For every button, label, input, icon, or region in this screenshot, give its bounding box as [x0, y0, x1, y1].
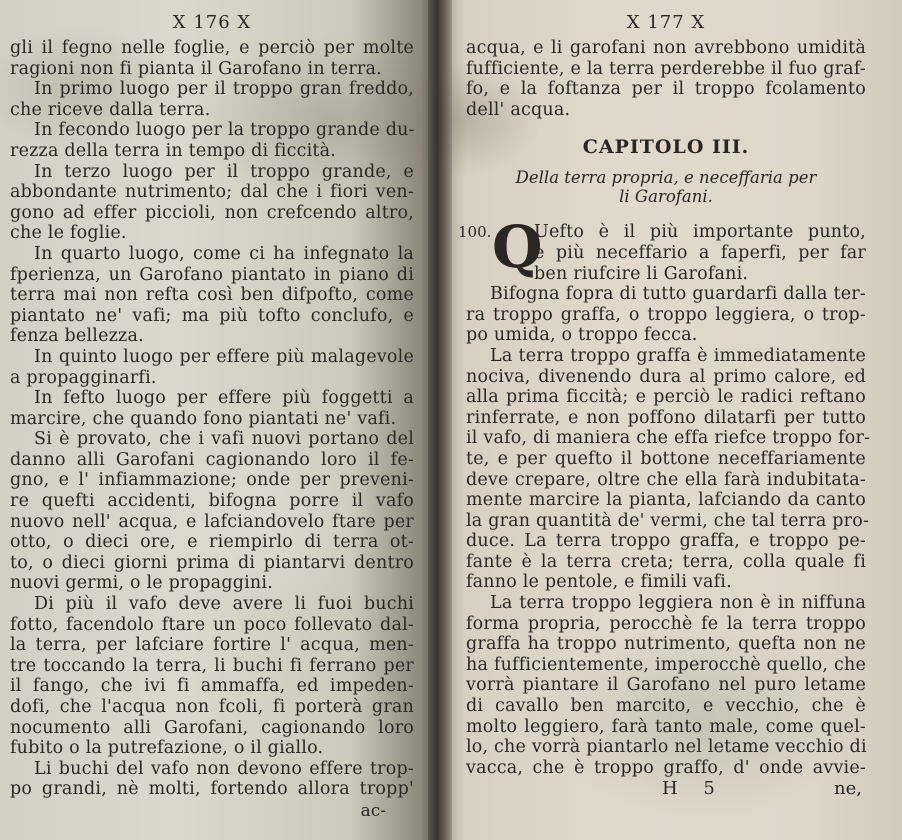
text-line: il fango, che ivi fi ammaffa, ed impeden… [10, 676, 414, 697]
text-line: a propagginarfi. [10, 368, 414, 389]
signature-mark: H 5 [662, 778, 725, 800]
text-line: abbondante nutrimento; dal che i fiori v… [10, 182, 414, 203]
chapter-subtitle: Della terra propria, e neceffaria per li… [466, 168, 866, 206]
text-line: La terra troppo graffa è immediatamente [466, 346, 866, 367]
text-line: re quefti accidenti, bifogna porre il va… [10, 491, 414, 512]
text-line: gono ad effer piccioli, non crefcendo al… [10, 203, 414, 224]
text-line: nuovi germi, o le propaggini. [10, 573, 414, 594]
text-line: alla prima ficcità; e perciò le radici r… [466, 387, 866, 408]
catchword-left: ac- [10, 800, 414, 822]
text-line: In fefto luogo per effere più foggetti a [10, 388, 414, 409]
text-line: fanno le pentole, e fimili vafi. [466, 572, 866, 593]
text-line: di cavallo ben marcito, e vecchio, che è [466, 696, 866, 717]
right-page-body: Bifogna fopra di tutto guardarfi dalla t… [466, 284, 866, 778]
text-line: te, e per quefto il bottone neceffariame… [466, 449, 866, 470]
right-page: X 177 X acqua, e li garofani non avrebbo… [438, 0, 902, 840]
text-line: la terra, per lafciare fortire l' acqua,… [10, 635, 414, 656]
text-line: e più neceffario a faperfi, per far [534, 243, 866, 264]
page-header-176: X 176 X [10, 12, 414, 34]
text-line: forma propria, perocchè fe la terra trop… [466, 614, 866, 635]
text-line: ragioni non fi pianta il Garofano in ter… [10, 59, 414, 80]
text-line: rinferrate, e non poffono dilatarfi per … [466, 408, 866, 429]
text-line: Uefto è il più importante punto, [534, 222, 866, 243]
text-line: gli il fegno nelle foglie, e perciò per … [10, 38, 414, 59]
text-line: lo, che vorrà piantarlo nel letame vecch… [466, 737, 866, 758]
chapter-subtitle-line-1: Della terra propria, e neceffaria per [466, 168, 866, 187]
text-line: fante è la terra creta; terra, colla qua… [466, 552, 866, 573]
text-line: fubito o la putrefazione, o il giallo. [10, 738, 414, 759]
text-line: tre toccando la terra, li buchi fi ferra… [10, 656, 414, 677]
text-line: In quinto luogo per effere più malagevol… [10, 347, 414, 368]
text-line: In primo luogo per il troppo gran freddo… [10, 79, 414, 100]
text-line: acqua, e li garofani non avrebbono umidi… [466, 38, 866, 59]
text-line: deve crepare, oltre che ella farà indubi… [466, 470, 866, 491]
text-line: dell' acqua. [466, 100, 866, 121]
text-line: fufficiente, e la terra perderebbe il fu… [466, 59, 866, 80]
text-line: otto, o dieci ore, e riempirlo di terra … [10, 532, 414, 553]
drop-cap: Q [492, 218, 543, 276]
left-page: X 176 X gli il fegno nelle foglie, e per… [0, 0, 438, 840]
text-line: In quarto luogo, come ci ha infegnato la [10, 244, 414, 265]
text-line: vorrà piantare il Garofano nel puro leta… [466, 675, 866, 696]
text-line: che riceve dalla terra. [10, 100, 414, 121]
text-line: to, o dieci giorni prima di piantarvi de… [10, 553, 414, 574]
page-header-177: X 177 X [466, 12, 866, 34]
text-line: fotto, facendolo ftare un poco follevato… [10, 615, 414, 636]
text-line: danno alli Garofani cagionando loro il f… [10, 450, 414, 471]
text-line: po grandi, nè molti, fortendo allora tro… [10, 779, 414, 800]
text-line: ha fufficientemente, imperocchè quello, … [466, 655, 866, 676]
left-page-body: gli il fegno nelle foglie, e perciò per … [10, 38, 414, 800]
chapter-title: CAPITOLO III. [466, 136, 866, 158]
text-line: fenza bellezza. [10, 326, 414, 347]
paragraph-number: 100. [458, 222, 491, 242]
text-line: terra mai non refta così ben difpofto, c… [10, 285, 414, 306]
text-line: ben riufcire li Garofani. [534, 264, 866, 285]
text-line: piantato ne' vafi; ma più tofto conclufo… [10, 306, 414, 327]
text-line: nuovo nell' acqua, e lafciandovelo ftare… [10, 512, 414, 533]
text-line: Si è provato, che i vafi nuovi portano d… [10, 429, 414, 450]
chapter-subtitle-line-2: li Garofani. [466, 187, 866, 206]
text-line: po umida, o troppo fecca. [466, 325, 866, 346]
text-line: In terzo luogo per il troppo grande, e [10, 162, 414, 183]
text-line: molto leggiero, farà tanto male, come qu… [466, 717, 866, 738]
text-line: La terra troppo leggiera non è in niffun… [466, 593, 866, 614]
text-line: marcire, che quando fono piantati ne' va… [10, 409, 414, 430]
text-line: vacca, che è troppo graffo, d' onde avvi… [466, 758, 866, 779]
text-line: fperienza, un Garofano piantato in piano… [10, 265, 414, 286]
paragraph-100: 100. Q Uefto è il più importante punto, … [466, 222, 866, 284]
text-line: fo, e la foftanza per il troppo fcolamen… [466, 79, 866, 100]
right-page-continuation: acqua, e li garofani non avrebbono umidi… [466, 38, 866, 120]
text-line: duce. La terra troppo graffa, e troppo p… [466, 531, 866, 552]
text-line: ra troppo graffa, o troppo leggiera, o t… [466, 305, 866, 326]
text-line: mente marcire la pianta, lafciando da ca… [466, 490, 866, 511]
text-line: Li buchi del vafo non devono effere trop… [10, 759, 414, 780]
catchword-right: ne, [834, 778, 862, 800]
text-line: rezza della terra in tempo di ficcità. [10, 141, 414, 162]
text-line: la gran quantità de' vermi, che tal terr… [466, 511, 866, 532]
text-line: gno, e l' infiammazione; onde per preven… [10, 470, 414, 491]
text-line: Di più il vafo deve avere li fuoi buchi [10, 594, 414, 615]
text-line: Bifogna fopra di tutto guardarfi dalla t… [466, 284, 866, 305]
page-footer: H 5 ne, [466, 778, 866, 800]
text-line: che le foglie. [10, 223, 414, 244]
text-line: graffa ha troppo nutrimento, quefta non … [466, 634, 866, 655]
text-line: dofi, che l'acqua non fcoli, fi porterà … [10, 697, 414, 718]
text-line: nocumento alli Garofani, cagionando loro [10, 718, 414, 739]
text-line: nociva, divenendo dura al primo calore, … [466, 367, 866, 388]
book-spread: X 176 X gli il fegno nelle foglie, e per… [0, 0, 902, 840]
text-line: il vafo, di maniera che effa riefce trop… [466, 428, 866, 449]
text-line: In fecondo luogo per la troppo grande du… [10, 120, 414, 141]
